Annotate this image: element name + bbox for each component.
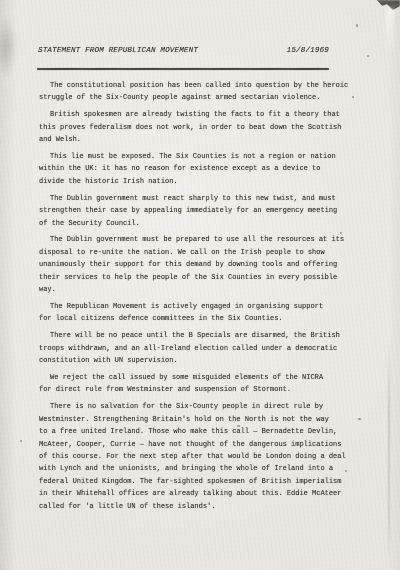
- paragraph-dublin-resources: The Dublin government must be prepared t…: [39, 234, 355, 296]
- ink-speck: [356, 24, 358, 27]
- paper-edge-shadow: [388, 350, 390, 560]
- ink-speck: [237, 425, 240, 427]
- paragraph-republican-movement: The Republican Movement is actively enga…: [39, 301, 355, 326]
- ink-speck: [345, 470, 347, 472]
- paragraph-dublin-react: The Dublin government must react sharply…: [39, 193, 355, 230]
- document-title: STATEMENT FROM REPUBLICAN MOVEMENT: [38, 47, 198, 55]
- corner-crease-highlight: [386, 8, 394, 56]
- ink-speck: [20, 440, 22, 442]
- ink-speck: [358, 418, 361, 420]
- paper-stain-left: [0, 16, 17, 78]
- document-body: The constitutional position has been cal…: [39, 80, 355, 518]
- paragraph-constitutional-position: The constitutional position has been cal…: [39, 80, 355, 105]
- document-date: 15/8/1969: [287, 47, 329, 55]
- ink-speck: [367, 55, 369, 57]
- paragraph-no-salvation: There is no salvation for the Six-County…: [39, 401, 355, 513]
- ink-speck: [340, 232, 342, 234]
- document-header: STATEMENT FROM REPUBLICAN MOVEMENT 15/8/…: [38, 47, 329, 55]
- paragraph-reject-nicra-call: We reject the call issued by some misgui…: [39, 372, 355, 397]
- paragraph-lie-exposed: This lie must be exposed. The Six Counti…: [39, 151, 355, 188]
- scanned-document-page: STATEMENT FROM REPUBLICAN MOVEMENT 15/8/…: [0, 0, 400, 570]
- paragraph-british-spokesmen: British spokesmen are already twisting t…: [39, 109, 355, 146]
- header-underline: [37, 68, 329, 70]
- paragraph-no-peace: There will be no peace until the B Speci…: [39, 330, 355, 367]
- ink-speck: [352, 96, 354, 98]
